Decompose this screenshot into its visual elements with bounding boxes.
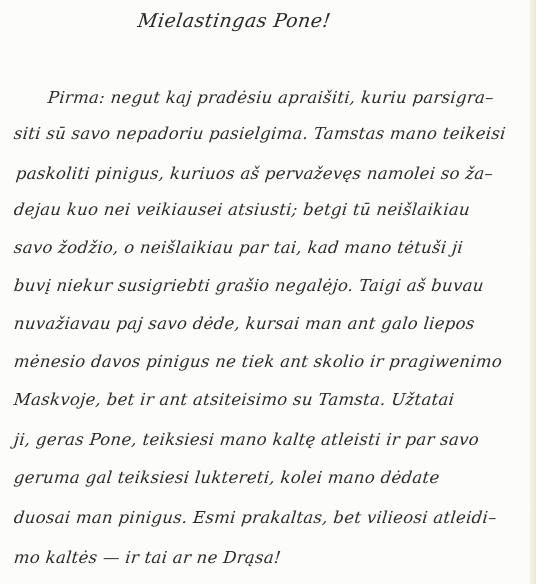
letter-line-10: ji, geras Pone, teiksiesi mano kaltę atl… xyxy=(13,430,480,449)
letter-line-7: nuvažiavau paj savo dėde, kursai man ant… xyxy=(13,314,476,333)
letter-line-9: Maskvoje, bet ir ant atsiteisimo su Tams… xyxy=(13,390,455,409)
letter-line-6: buvį niekur susigriebti grašio negalėjo.… xyxy=(13,276,485,295)
letter-line-2: siti sū savo nepadoriu pasielgima. Tamst… xyxy=(13,124,507,143)
letter-line-5: savo žodžio, o neišlaikiau par tai, kad … xyxy=(13,238,464,257)
letter-salutation: Mielastingas Pone! xyxy=(136,10,332,32)
letter-line-4: dejau kuo nei veikiausei atsiusti; betgi… xyxy=(13,200,471,219)
letter-line-3: paskoliti pinigus, kuriuos aš pervaževęs… xyxy=(15,164,494,183)
letter-line-11: geruma gal teiksiesi luktereti, kolei ma… xyxy=(13,468,441,487)
page-edge xyxy=(530,0,536,584)
letter-line-12: duosai man pinigus. Esmi prakaltas, bet … xyxy=(13,508,498,527)
letter-line-8: mėnesio davos pinigus ne tiek ant skolio… xyxy=(13,352,503,371)
handwritten-letter-page: Mielastingas Pone! Pirma: negut kaj prad… xyxy=(0,0,536,584)
letter-line-1: Pirma: negut kaj pradėsiu apraišiti, kur… xyxy=(47,88,495,107)
letter-line-13: mo kaltės — ir tai ar ne Drąsa! xyxy=(13,548,282,567)
